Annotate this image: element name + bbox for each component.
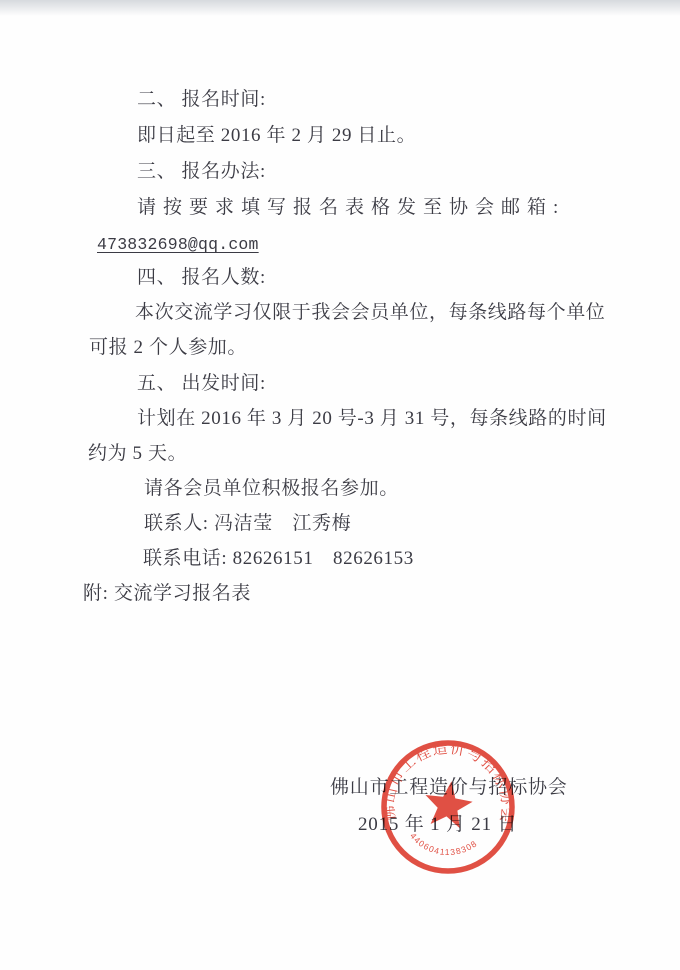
scan-edge-shadow	[0, 0, 680, 16]
departure-time-line2: 约为 5 天。	[88, 442, 187, 466]
participation-invite: 请各会员单位积极报名参加。	[144, 477, 399, 501]
contact-email: 473832698@qq.com	[97, 233, 259, 257]
registration-method: 请按要求填写报名表格发至协会邮箱:	[137, 196, 565, 220]
section-2-heading: 二、 报名时间:	[137, 88, 266, 112]
scanned-document-page: 二、 报名时间: 即日起至 2016 年 2 月 29 日止。 三、 报名办法:…	[0, 0, 680, 970]
attachment-note: 附: 交流学习报名表	[83, 582, 251, 606]
participant-limit-line2: 可报 2 个人参加。	[89, 336, 247, 360]
seal-serial-number: 4406041138308	[408, 831, 479, 857]
official-red-seal: 佛山市工程造价与招标协会 4406041138308	[368, 727, 528, 887]
contact-person-line: 联系人: 冯洁莹 江秀梅	[144, 512, 351, 536]
departure-time-line1: 计划在 2016 年 3 月 20 号-3 月 31 号，每条线路的时间	[137, 407, 607, 431]
section-5-heading: 五、 出发时间:	[137, 372, 266, 396]
participant-limit-line1: 本次交流学习仅限于我会会员单位，每条线路每个单位	[135, 301, 605, 325]
star-icon	[426, 781, 473, 828]
registration-deadline: 即日起至 2016 年 2 月 29 日止。	[137, 124, 416, 148]
contact-phone-line: 联系电话: 82626151 82626153	[143, 547, 414, 571]
section-4-heading: 四、 报名人数:	[137, 266, 266, 290]
section-3-heading: 三、 报名办法:	[137, 160, 266, 184]
seal-graphic: 佛山市工程造价与招标协会 4406041138308	[368, 727, 528, 887]
svg-text:4406041138308: 4406041138308	[408, 831, 479, 857]
